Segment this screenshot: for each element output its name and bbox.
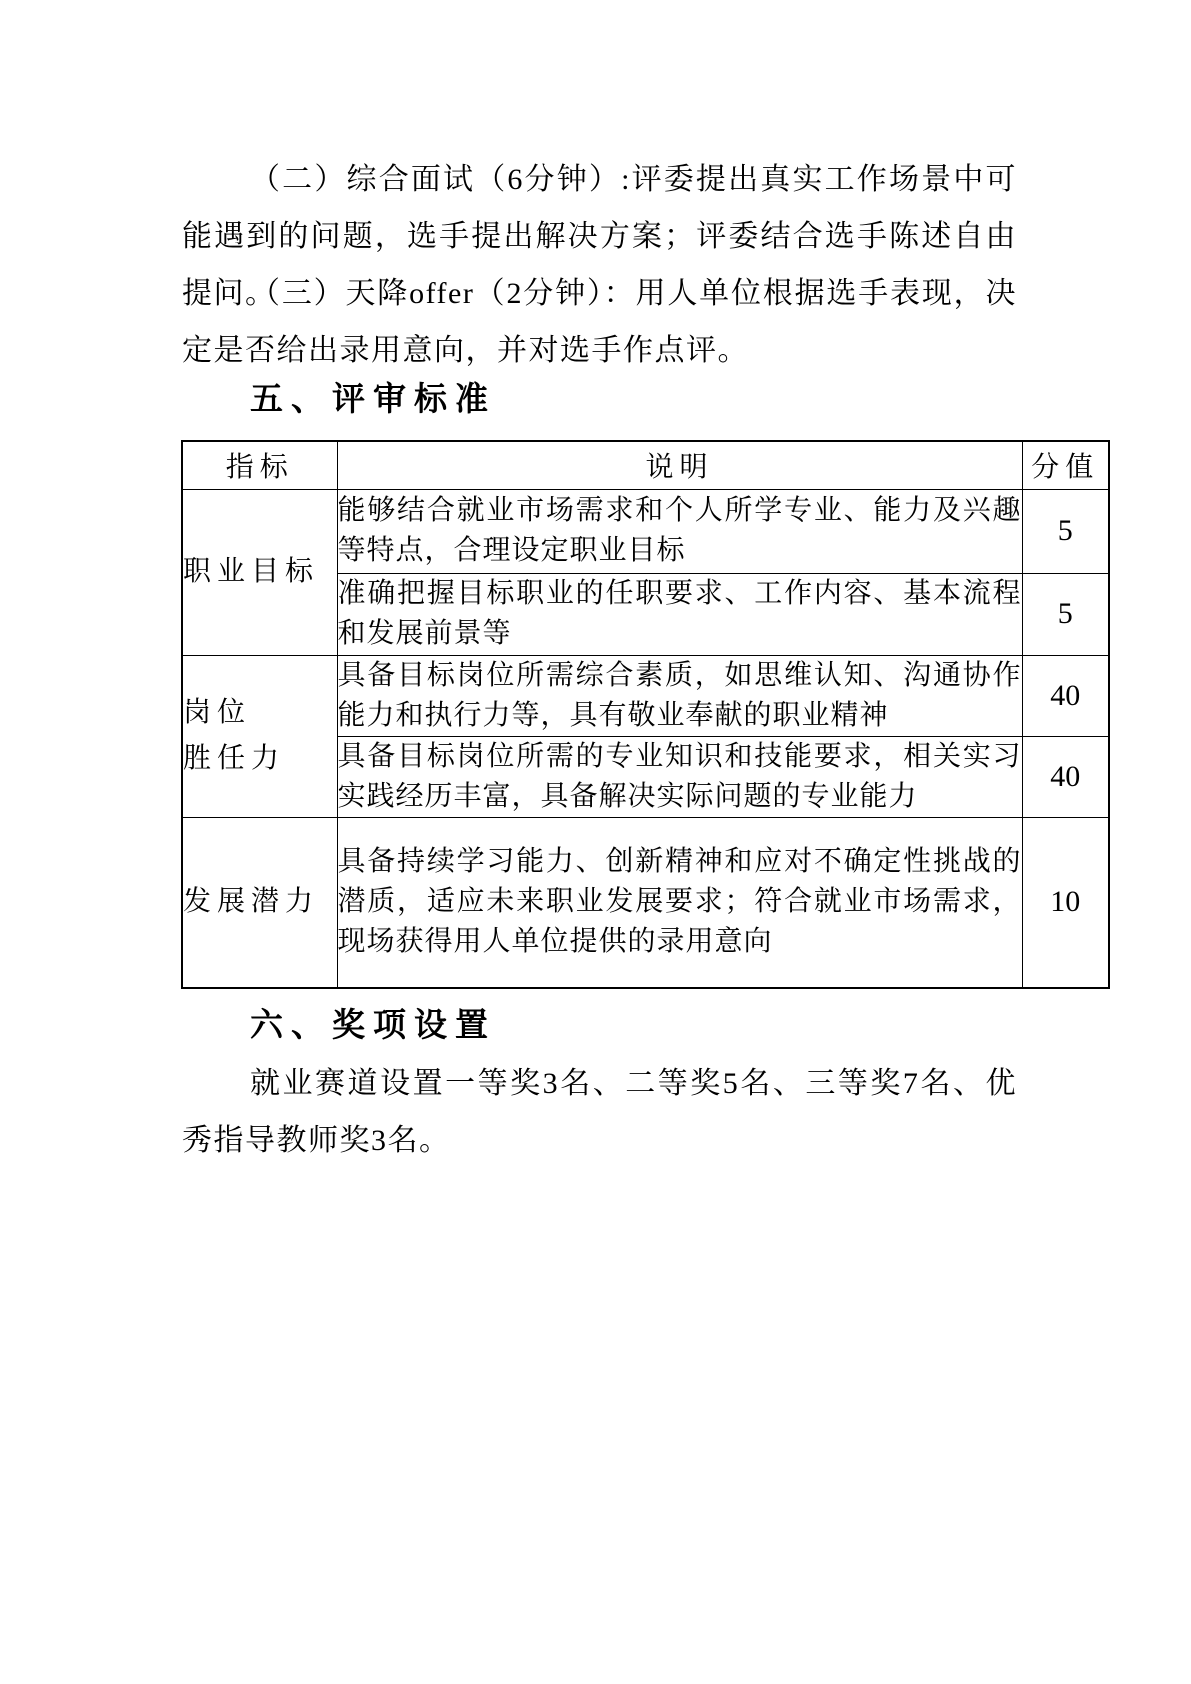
table-row: 发展潜力 具备持续学习能力、创新精神和应对不确定性挑战的潜质，适应未来职业发展要… — [182, 817, 1109, 988]
indicator-job-competency: 岗位 胜任力 — [182, 655, 337, 817]
criterion-score: 5 — [1022, 573, 1109, 655]
table-row: 岗位 胜任力 具备目标岗位所需综合素质，如思维认知、沟通协作能力和执行力等，具有… — [182, 655, 1109, 736]
document-page: （二）综合面试（6分钟）:评委提出真实工作场景中可能遇到的问题，选手提出解决方案… — [0, 0, 1191, 1684]
criterion-description: 能够结合就业市场需求和个人所学专业、能力及兴趣等特点，合理设定职业目标 — [337, 489, 1022, 573]
paragraph-awards: 就业赛道设置一等奖3名、二等奖5名、三等奖7名、优秀指导教师奖3名。 — [182, 1055, 1017, 1169]
criterion-score: 40 — [1022, 736, 1109, 817]
criterion-score: 5 — [1022, 489, 1109, 573]
criterion-score: 10 — [1022, 817, 1109, 988]
indicator-line: 岗位 — [183, 697, 251, 728]
indicator-development-potential: 发展潜力 — [182, 817, 337, 988]
criterion-score: 40 — [1022, 655, 1109, 736]
column-header-indicator: 指标 — [182, 441, 337, 489]
column-header-description: 说明 — [337, 441, 1022, 489]
heading-evaluation-criteria: 五、评审标准 — [182, 377, 1150, 421]
heading-awards-setup: 六、奖项设置 — [182, 1003, 1150, 1047]
criterion-description: 准确把握目标职业的任职要求、工作内容、基本流程和发展前景等 — [337, 573, 1022, 655]
table-header-row: 指标 说明 分值 — [182, 441, 1109, 489]
criterion-description: 具备持续学习能力、创新精神和应对不确定性挑战的潜质，适应未来职业发展要求；符合就… — [337, 817, 1022, 988]
table-row: 职业目标 能够结合就业市场需求和个人所学专业、能力及兴趣等特点，合理设定职业目标… — [182, 489, 1109, 573]
paragraph-offer-round: （三）天降offer（2分钟）：用人单位根据选手表现，决定是否给出录用意向，并对… — [182, 265, 1017, 379]
criterion-description: 具备目标岗位所需综合素质，如思维认知、沟通协作能力和执行力等，具有敬业奉献的职业… — [337, 655, 1022, 736]
column-header-score: 分值 — [1022, 441, 1109, 489]
indicator-line: 胜任力 — [183, 743, 285, 774]
criterion-description: 具备目标岗位所需的专业知识和技能要求，相关实习实践经历丰富，具备解决实际问题的专… — [337, 736, 1022, 817]
indicator-career-goal: 职业目标 — [182, 489, 337, 655]
evaluation-criteria-table: 指标 说明 分值 职业目标 能够结合就业市场需求和个人所学专业、能力及兴趣等特点… — [181, 440, 1110, 989]
